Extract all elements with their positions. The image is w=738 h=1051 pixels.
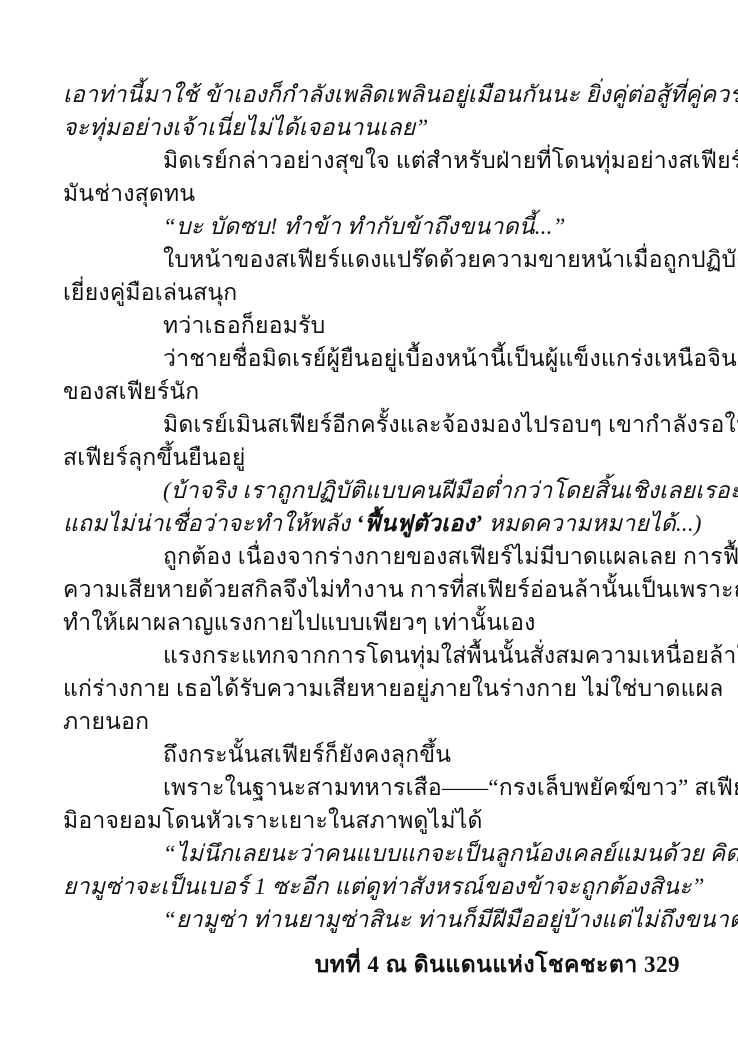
text-line: ทำให้เผาผลาญแรงกายไปแบบเพียวๆ เท่านั้นเอ… — [63, 606, 681, 639]
text-line: “บะ บัดซบ! ทำข้า ทำกับข้าถึงขนาดนี้...” — [63, 210, 681, 243]
book-page: เอาท่านี้มาใช้ ข้าเองก็กำลังเพลิดเพลินอย… — [0, 0, 738, 1051]
text-line: เอาท่านี้มาใช้ ข้าเองก็กำลังเพลิดเพลินอย… — [63, 78, 681, 111]
text-line: แถมไม่น่าเชื่อว่าจะทำให้พลัง ‘ฟื้นฟูตัวเ… — [63, 507, 681, 540]
text-line: ถึงกระนั้นสเฟียร์ก็ยังคงลุกขึ้น — [63, 738, 681, 771]
text-line: แก่ร่างกาย เธอได้รับความเสียหายอยู่ภายใน… — [63, 672, 681, 705]
text-line: “ไม่นึกเลยนะว่าคนแบบแกจะเป็นลูกน้องเคลย์… — [63, 837, 681, 870]
text-line: ใบหน้าของสเฟียร์แดงแปร๊ดด้วยความขายหน้าเ… — [63, 243, 681, 276]
skill-name-emphasis: ‘ฟื้นฟูตัวเอง’ — [356, 511, 482, 536]
text-line: มิอาจยอมโดนหัวเราะเยาะในสภาพดูไม่ได้ — [63, 804, 681, 837]
text-line: มิดเรย์กล่าวอย่างสุขใจ แต่สำหรับฝ่ายที่โ… — [63, 144, 681, 177]
body-text: เอาท่านี้มาใช้ ข้าเองก็กำลังเพลิดเพลินอย… — [63, 78, 681, 936]
text-line: ถูกต้อง เนื่องจากร่างกายของสเฟียร์ไม่มีบ… — [63, 540, 681, 573]
text-line: ภายนอก — [63, 705, 681, 738]
text-line: สเฟียร์ลุกขึ้นยืนอยู่ — [63, 441, 681, 474]
chapter-page-footer: บทที่ 4 ณ ดินแดนแห่งโชคชะตา 329 — [315, 948, 680, 981]
text-line: ทว่าเธอก็ยอมรับ — [63, 309, 681, 342]
text-segment: หมดความหมายได้...) — [483, 511, 702, 536]
text-line: แรงกระแทกจากการโดนทุ่มใส่พื้นนั้นสั่งสมค… — [63, 639, 681, 672]
text-line: ของสเฟียร์นัก — [63, 375, 681, 408]
text-line: จะทุ่มอย่างเจ้าเนี่ยไม่ได้เจอนานเลย” — [63, 111, 681, 144]
text-line: เพราะในฐานะสามทหารเสือ——“กรงเล็บพยัคฆ์ขา… — [63, 771, 681, 804]
text-line: “ยามูซ่า ท่านยามูซ่าสินะ ท่านก็มีฝีมืออย… — [63, 903, 681, 936]
text-line: ยามูซ่าจะเป็นเบอร์ 1 ซะอีก แต่ดูท่าสังหร… — [63, 870, 681, 903]
text-line: มิดเรย์เมินสเฟียร์อีกครั้งและจ้องมองไปรอ… — [63, 408, 681, 441]
text-segment: แถมไม่น่าเชื่อว่าจะทำให้พลัง — [63, 511, 356, 536]
text-line: ความเสียหายด้วยสกิลจึงไม่ทำงาน การที่สเฟ… — [63, 573, 681, 606]
text-line: (บ้าจริง เราถูกปฏิบัติแบบคนฝีมือต่ำกว่าโ… — [63, 474, 681, 507]
text-line: เยี่ยงคู่มือเล่นสนุก — [63, 276, 681, 309]
text-line: มันช่างสุดทน — [63, 177, 681, 210]
text-line: ว่าชายชื่อมิดเรย์ผู้ยืนอยู่เบื้องหน้านี้… — [63, 342, 681, 375]
